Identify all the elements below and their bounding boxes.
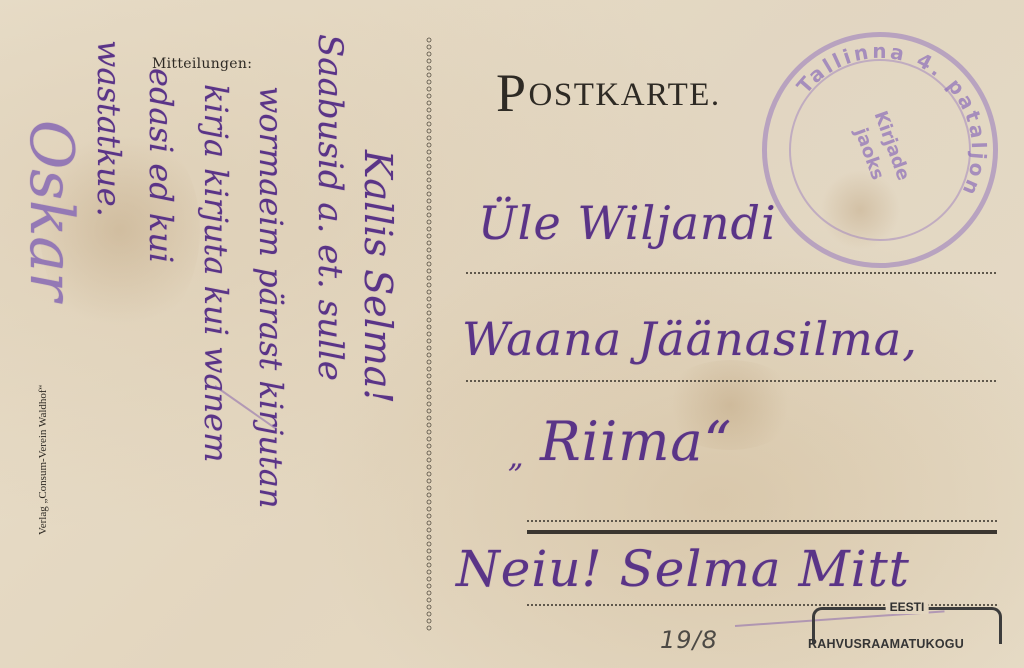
address-handwriting-line-2: Waana Jäänasilma, (462, 312, 918, 366)
address-handwriting-line-3-prefix: „ (508, 440, 525, 475)
message-column-4: kirja kirjuta kui wanem (197, 84, 235, 462)
address-handwriting-line-4: Neiu! Selma Mitt (456, 540, 910, 598)
message-column-2: Saabusid a. et. sulle (310, 34, 350, 381)
postcard: Mitteilungen: POSTKARTE. Verlag „Consum-… (0, 0, 1024, 668)
faded-signature: Oskar (16, 120, 86, 301)
publisher-imprint: Verlag „Consum-Verein Waldhof“ (37, 385, 49, 535)
message-column-5: edasi ed kui (142, 68, 180, 263)
library-stamp-top: EESTI (886, 600, 929, 614)
address-line-1 (466, 272, 996, 274)
address-line-3 (527, 520, 997, 522)
military-postmark: Tallinna 4. pataljon Kirjade jaoks (747, 17, 1014, 284)
pencil-note: 19/8 (660, 626, 718, 654)
postcard-title: POSTKARTE. (496, 56, 721, 118)
title-rest: OSTKARTE. (529, 77, 721, 113)
address-handwriting-line-1: Üle Wiljandi (478, 196, 777, 250)
wavy-divider (426, 36, 432, 632)
library-stamp-bottom: RAHVUSRAAMATUKOGU (808, 637, 964, 651)
address-line-2 (466, 380, 996, 382)
message-column-6: wastatkue. (90, 40, 128, 217)
address-underline (527, 530, 997, 534)
message-column-3: wormaeim pärast kirjutan (252, 86, 290, 508)
title-initial: P (496, 63, 528, 123)
address-handwriting-line-3: Riima“ (540, 410, 732, 473)
message-column-1: Kallis Selma! (356, 150, 400, 404)
